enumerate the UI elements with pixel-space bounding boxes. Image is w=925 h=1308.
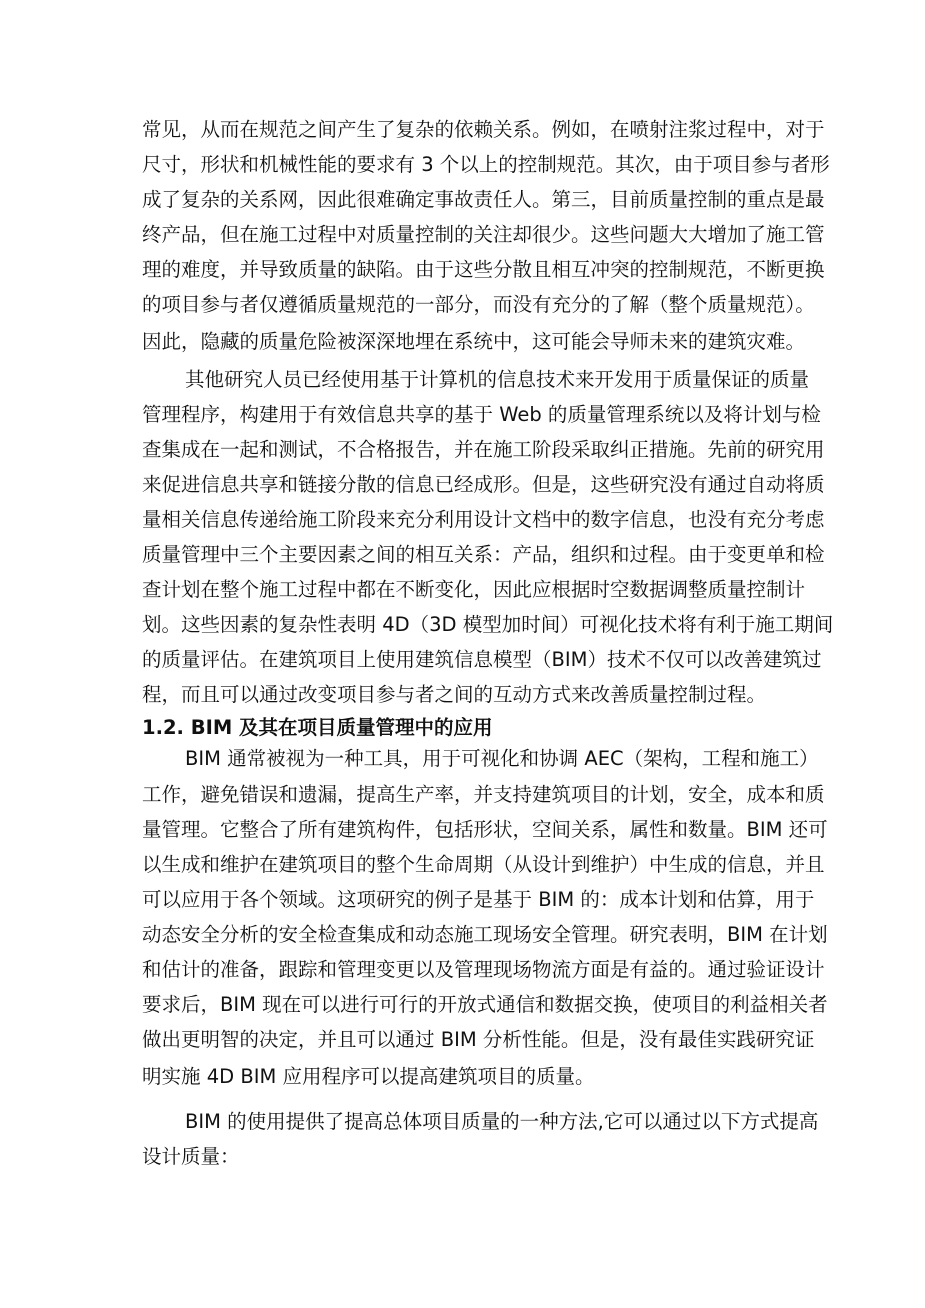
text-line: 量相关信息传递给施工阶段来充分利用设计文档中的数字信息，也没有充分考虑 — [142, 505, 787, 535]
text-line: 和估计的准备，跟踪和管理变更以及管理现场物流方面是有益的。通过验证设计 — [142, 955, 787, 985]
text-line: 工作，避免错误和遗漏，提高生产率，并支持建筑项目的计划，安全，成本和质 — [142, 780, 787, 810]
text-line: 因此，隐藏的质量危险被深深地埋在系统中，这可能会导师未来的建筑灾难。 — [142, 327, 787, 357]
text-line: 动态安全分析的安全检查集成和动态施工现场安全管理。研究表明，BIM 在计划 — [142, 920, 787, 950]
text-line: 要求后，BIM 现在可以进行可行的开放式通信和数据交换，使项目的利益相关者 — [142, 990, 787, 1020]
text-line: BIM 的使用提供了提高总体项目质量的一种方法,它可以通过以下方式提高 — [185, 1107, 787, 1137]
text-line: 程，而且可以通过改变项目参与者之间的互动方式来改善质量控制过程。 — [142, 680, 787, 710]
text-line: 查计划在整个施工过程中都在不断变化，因此应根据时空数据调整质量控制计 — [142, 575, 787, 605]
text-line: 尺寸，形状和机械性能的要求有 3 个以上的控制规范。其次，由于项目参与者形 — [142, 150, 787, 180]
text-line: BIM 通常被视为一种工具，用于可视化和协调 AEC（架构，工程和施工） — [185, 744, 787, 774]
text-line: 常见，从而在规范之间产生了复杂的依赖关系。例如，在喷射注浆过程中，对于 — [142, 115, 787, 145]
section-heading: 1.2. BIM 及其在项目质量管理中的应用 — [142, 713, 787, 743]
text-line: 终产品，但在施工过程中对质量控制的关注却很少。这些问题大大增加了施工管 — [142, 220, 787, 250]
text-line: 设计质量： — [142, 1142, 787, 1172]
text-line: 量管理。它整合了所有建筑构件，包括形状，空间关系，属性和数量。BIM 还可 — [142, 815, 787, 845]
text-line: 划。这些因素的复杂性表明 4D（3D 模型加时间）可视化技术将有利于施工期间 — [142, 610, 787, 640]
text-line: 的项目参与者仅遵循质量规范的一部分，而没有充分的了解（整个质量规范）。 — [142, 290, 787, 320]
text-line: 查集成在一起和测试，不合格报告，并在施工阶段采取纠正措施。先前的研究用 — [142, 435, 787, 465]
text-line: 以生成和维护在建筑项目的整个生命周期（从设计到维护）中生成的信息，并且 — [142, 850, 787, 880]
text-line: 质量管理中三个主要因素之间的相互关系：产品，组织和过程。由于变更单和检 — [142, 540, 787, 570]
text-line: 做出更明智的决定，并且可以通过 BIM 分析性能。但是，没有最佳实践研究证 — [142, 1025, 787, 1055]
text-line: 可以应用于各个领域。这项研究的例子是基于 BIM 的：成本计划和估算，用于 — [142, 885, 787, 915]
text-line: 管理程序，构建用于有效信息共享的基于 Web 的质量管理系统以及将计划与检 — [142, 400, 787, 430]
text-line: 成了复杂的关系网，因此很难确定事故责任人。第三，目前质量控制的重点是最 — [142, 185, 787, 215]
text-line: 明实施 4D BIM 应用程序可以提高建筑项目的质量。 — [142, 1062, 787, 1092]
text-line: 的质量评估。在建筑项目上使用建筑信息模型（BIM）技术不仅可以改善建筑过 — [142, 645, 787, 675]
text-line: 其他研究人员已经使用基于计算机的信息技术来开发用于质量保证的质量 — [185, 365, 787, 395]
text-line: 来促进信息共享和链接分散的信息已经成形。但是，这些研究没有通过自动将质 — [142, 470, 787, 500]
document-page: 常见，从而在规范之间产生了复杂的依赖关系。例如，在喷射注浆过程中，对于 尺寸，形… — [0, 0, 925, 1308]
text-line: 理的难度，并导致质量的缺陷。由于这些分散且相互冲突的控制规范，不断更换 — [142, 255, 787, 285]
